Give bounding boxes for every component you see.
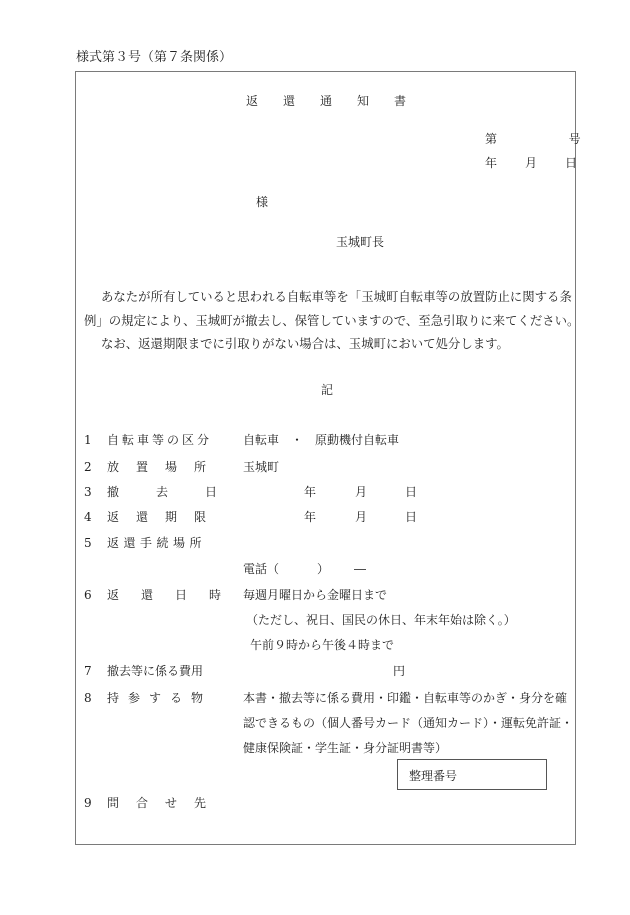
document-number-field: 第 号 bbox=[485, 131, 581, 147]
return-deadline-day: 日 bbox=[405, 509, 417, 525]
return-deadline-year: 年 bbox=[304, 509, 316, 525]
removal-date-day: 日 bbox=[405, 484, 417, 500]
return-hours: 午前９時から午後４時まで bbox=[250, 637, 394, 653]
title-char: 返 bbox=[246, 93, 283, 109]
item-label-return-deadline: 返還期限 bbox=[107, 509, 223, 525]
return-location-phone-label: 電話（ bbox=[243, 561, 279, 577]
issuer-name: 玉城町長 bbox=[336, 234, 384, 250]
document-number-suffix: 号 bbox=[569, 132, 581, 146]
issue-date-field: 年月日 bbox=[485, 155, 577, 171]
item-number: 4 bbox=[84, 509, 92, 525]
return-location-phone-dash: ― bbox=[354, 561, 366, 577]
document-number-prefix: 第 bbox=[485, 132, 497, 146]
addressee-suffix: 様 bbox=[256, 194, 268, 210]
item-number: 5 bbox=[84, 535, 92, 551]
issue-date-day: 日 bbox=[565, 156, 577, 170]
item-label-category: 自転車等の区分 bbox=[107, 432, 212, 448]
title-char: 知 bbox=[357, 93, 394, 109]
title-char: 通 bbox=[320, 93, 357, 109]
return-deadline-month: 月 bbox=[355, 509, 367, 525]
items-to-bring-line-3: 健康保険証・学生証・身分証明書等） bbox=[243, 740, 447, 756]
removal-date-year: 年 bbox=[304, 484, 316, 500]
items-to-bring-line-2: 認できるもの（個人番号カード（通知カード）・運転免許証・ bbox=[243, 715, 573, 731]
item-number: 6 bbox=[84, 587, 92, 603]
document-title: 返還通知書 bbox=[246, 93, 431, 109]
item-number: 9 bbox=[84, 795, 92, 811]
issue-date-month: 月 bbox=[525, 156, 537, 170]
reference-number-label: 整理番号 bbox=[409, 767, 457, 784]
item-label-return-location: 返還手続場所 bbox=[107, 535, 206, 551]
item-number: 8 bbox=[84, 690, 92, 706]
form-number-label: 様式第３号（第７条関係） bbox=[76, 50, 232, 66]
ki-heading: 記 bbox=[321, 382, 333, 398]
item-number: 7 bbox=[84, 663, 92, 679]
issue-date-year: 年 bbox=[485, 156, 497, 170]
body-line-2: 例」の規定により、玉城町が撤去し、保管していますので、至急引取りに来てください。 bbox=[84, 313, 579, 329]
item-label-fee: 撤去等に係る費用 bbox=[107, 663, 203, 679]
item-value-location: 玉城町 bbox=[243, 459, 279, 475]
title-char: 還 bbox=[283, 93, 320, 109]
body-line-1: あなたが所有していると思われる自転車等を「玉城町自転車等の放置防止に関する条 bbox=[101, 289, 572, 305]
return-days-note: （ただし、祝日、国民の休日、年末年始は除く。） bbox=[246, 612, 516, 628]
fee-currency: 円 bbox=[393, 663, 405, 679]
item-label-items-to-bring: 持参する物 bbox=[107, 690, 212, 706]
reference-number-box[interactable]: 整理番号 bbox=[397, 759, 547, 790]
return-days: 毎週月曜日から金曜日まで bbox=[243, 587, 387, 603]
item-number: 3 bbox=[84, 484, 92, 500]
return-location-phone-close: ） bbox=[317, 561, 329, 577]
item-number: 1 bbox=[84, 432, 92, 448]
item-label-removal-date: 撤去日 bbox=[107, 484, 254, 500]
body-line-3: なお、返還期限までに引取りがない場合は、玉城町において処分します。 bbox=[101, 336, 509, 352]
removal-date-month: 月 bbox=[355, 484, 367, 500]
item-label-return-hours: 返還日時 bbox=[107, 587, 243, 603]
item-label-location: 放置場所 bbox=[107, 459, 223, 475]
items-to-bring-line-1: 本書・撤去等に係る費用・印鑑・自転車等のかぎ・身分を確 bbox=[243, 690, 567, 706]
title-char: 書 bbox=[394, 93, 431, 109]
item-number: 2 bbox=[84, 459, 92, 475]
item-label-contact: 問合せ先 bbox=[107, 795, 223, 811]
item-value-category: 自転車 ・ 原動機付自転車 bbox=[243, 432, 399, 448]
